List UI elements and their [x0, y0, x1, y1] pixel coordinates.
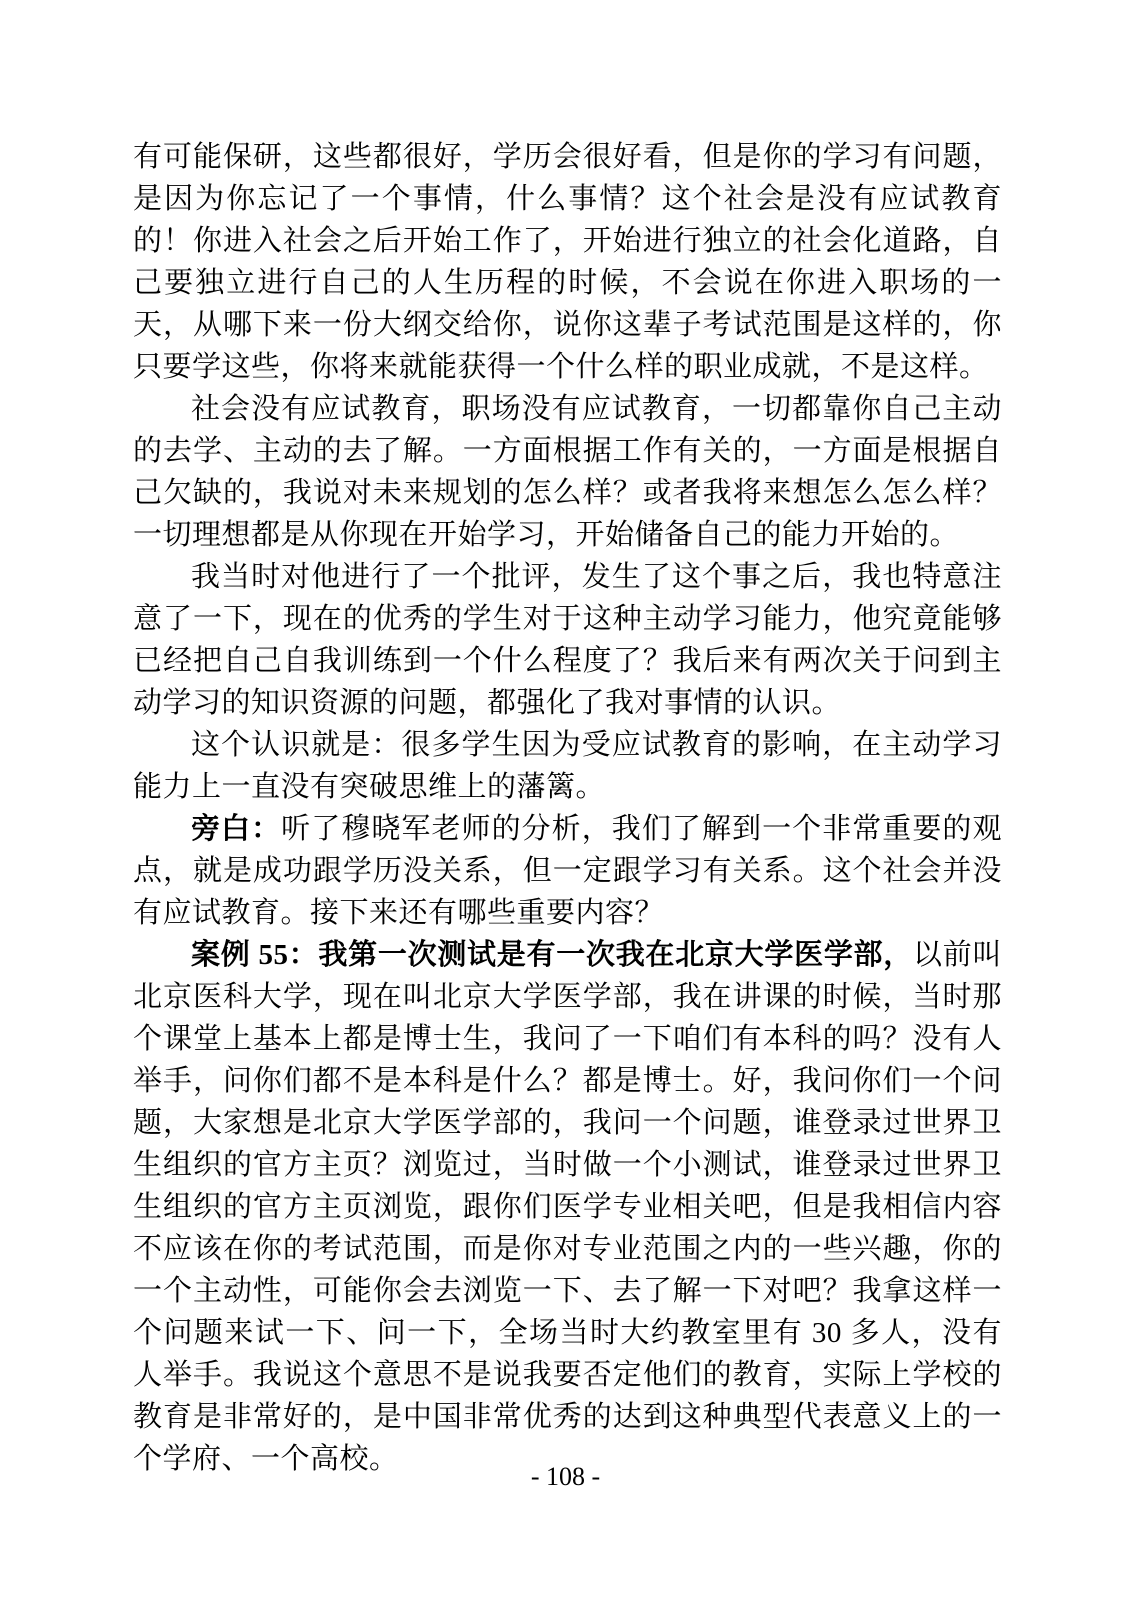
document-page: 有可能保研，这些都很好，学历会很好看，但是你的学习有问题，是因为你忘记了一个事情…	[0, 0, 1131, 1600]
paragraph-narrator: 旁白：听了穆晓军老师的分析，我们了解到一个非常重要的观点，就是成功跟学历没关系，…	[133, 808, 1002, 934]
paragraph-case-55: 案例 55：我第一次测试是有一次我在北京大学医学部，以前叫北京医科大学，现在叫北…	[133, 934, 1002, 1480]
paragraph: 我当时对他进行了一个批评，发生了这个事之后，我也特意注意了一下，现在的优秀的学生…	[133, 556, 1002, 724]
page-body-text: 有可能保研，这些都很好，学历会很好看，但是你的学习有问题，是因为你忘记了一个事情…	[133, 136, 1002, 1480]
paragraph-text: 以前叫北京医科大学，现在叫北京大学医学部，我在讲课的时候，当时那个课堂上基本上都…	[133, 939, 1002, 1475]
paragraph-text: 社会没有应试教育，职场没有应试教育，一切都靠你自己主动的去学、主动的去了解。一方…	[133, 393, 1002, 551]
paragraph: 这个认识就是：很多学生因为受应试教育的影响，在主动学习能力上一直没有突破思维上的…	[133, 724, 1002, 808]
paragraph-text: 这个认识就是：很多学生因为受应试教育的影响，在主动学习能力上一直没有突破思维上的…	[133, 729, 1002, 803]
case-55-label: 案例 55：我第一次测试是有一次我在北京大学医学部，	[191, 939, 913, 971]
page-footer: - 108 -	[0, 1460, 1131, 1494]
paragraph-text: 我当时对他进行了一个批评，发生了这个事之后，我也特意注意了一下，现在的优秀的学生…	[133, 561, 1002, 719]
paragraph-text: 有可能保研，这些都很好，学历会很好看，但是你的学习有问题，是因为你忘记了一个事情…	[133, 141, 1002, 383]
narrator-label: 旁白：	[191, 813, 281, 845]
paragraph: 有可能保研，这些都很好，学历会很好看，但是你的学习有问题，是因为你忘记了一个事情…	[133, 136, 1002, 388]
page-number: - 108 -	[531, 1462, 600, 1491]
paragraph: 社会没有应试教育，职场没有应试教育，一切都靠你自己主动的去学、主动的去了解。一方…	[133, 388, 1002, 556]
